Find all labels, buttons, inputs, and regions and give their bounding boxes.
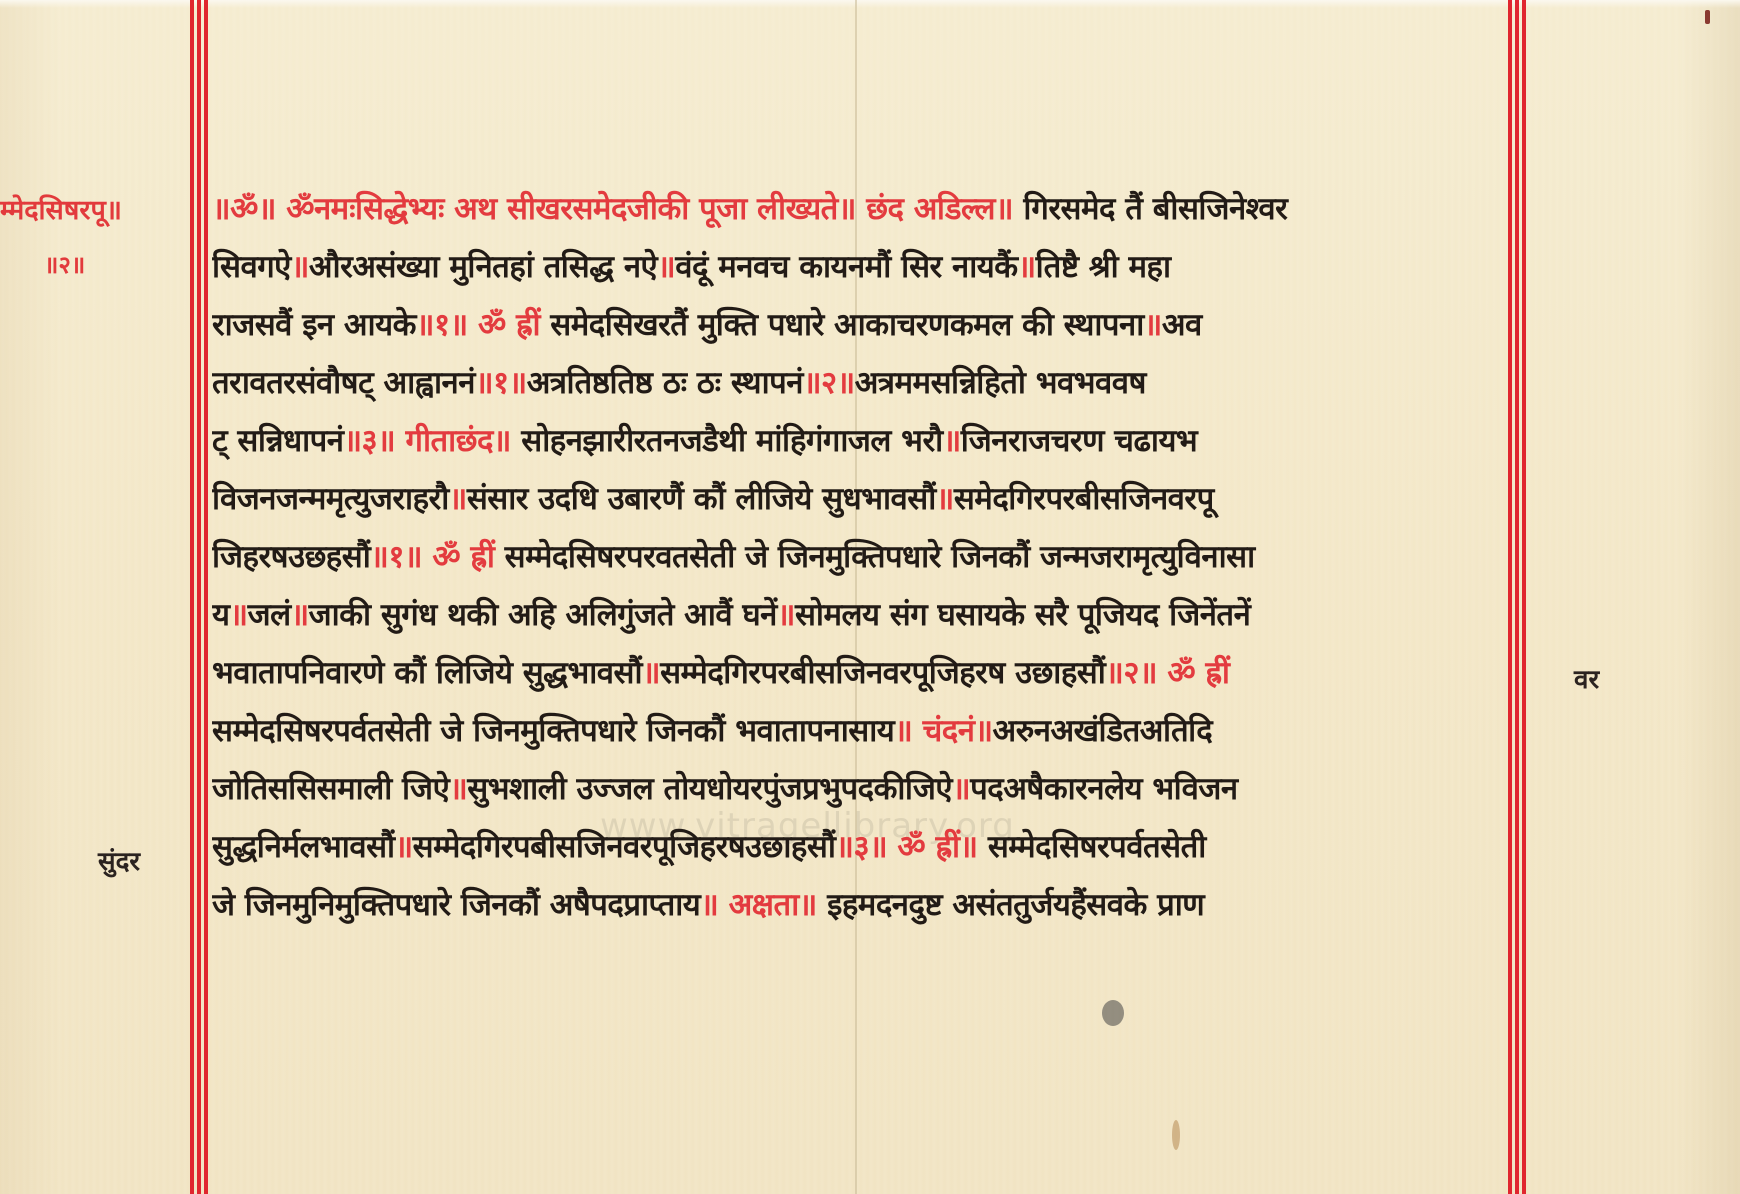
text-segment: सुभशाली उज्जल तोयधोयरपुंजप्रभुपदकीजिऐ [467,771,952,807]
text-segment: अव [1162,307,1202,343]
text-segment: अत्रतिष्ठतिष्ठ ठः ठः स्थापनं [527,365,803,401]
rubric-segment: ॥२॥ ॐ ह्रीं [1105,655,1229,691]
corner-ink-mark [1705,10,1710,24]
manuscript-line: भवातापनिवारणे कौं लिजिये सुद्धभावसौं॥सम्… [212,644,1508,702]
rubric-segment: ॥१॥ ॐ ह्रीं [416,307,550,343]
paper-stain [1172,1120,1180,1150]
text-segment: सम्मेदसिषरपर्वतसेती [988,829,1206,865]
text-segment: सिवगऐ [212,249,291,285]
rubric-segment: ॥ चंदनं॥ [894,713,992,749]
text-segment: समेदगिरपरबीसजिनवरपू [954,481,1214,517]
text-segment: जाकी सुगंध थकी अहि अलिगुंजते आवैं घनें [309,597,777,633]
manuscript-line: जिहरषउछहसौं॥१॥ ॐ ह्रीं सम्मेदसिषरपरवतसेत… [212,528,1508,586]
text-segment: ट् सन्निधापनं [212,423,343,459]
paper-top-edge [0,0,1740,8]
text-segment: सुद्धनिर्मलभावसौं [212,829,395,865]
text-segment: जे जिनमुनिमुक्तिपधारे जिनकौं अषैपदप्राप्… [212,887,700,923]
text-segment: तिष्टै श्री महा [1036,249,1171,285]
rubric-segment: ॥ [952,771,970,807]
rubric-segment: ॥३॥ गीताछंद॥ [343,423,521,459]
rubric-segment: ॥ [449,481,467,517]
text-segment: भवातापनिवारणे कौं लिजिये सुद्धभावसौं [212,655,642,691]
rubric-segment: ॥ [657,249,675,285]
rubric-segment: ॥ [449,771,467,807]
rubric-segment: ॥१॥ [475,365,527,401]
rubric-segment: ॥१॥ ॐ ह्रीं [370,539,504,575]
manuscript-line: तरावतरसंवौषट् आह्वाननं॥१॥अत्रतिष्ठतिष्ठ … [212,354,1508,412]
rubric-segment: ॥ [642,655,660,691]
text-segment: तरावतरसंवौषट् आह्वाननं [212,365,475,401]
rubric-segment: ॥ॐ॥ ॐनमःसिद्धेभ्यः अथ सीखरसमेदजीकी पूजा … [212,191,1023,227]
text-segment: सोहनझारीरतनजडैथी मांहिगंगाजल भरौ [521,423,942,459]
manuscript-line: विजनजन्ममृत्युजराहरौ॥संसार उदधि उबारणैं … [212,470,1508,528]
text-segment: सम्मेदगिरपरबीसजिनवरपूजिहरष उछाहसौं [660,655,1105,691]
rubric-segment: ॥३॥ ॐ ह्रीं॥ [835,829,987,865]
right-red-border-rule [1508,0,1530,1194]
manuscript-line: राजसवैं इन आयके॥१॥ ॐ ह्रीं समेदसिखरतैं म… [212,296,1508,354]
manuscript-line: सिवगऐ॥औरअसंख्या मुनितहां तसिद्ध नऐ॥वंदूं… [212,238,1508,296]
manuscript-line: ॥ॐ॥ ॐनमःसिद्धेभ्यः अथ सीखरसमेदजीकी पूजा … [212,180,1508,238]
margin-correction-right: वर [1574,660,1599,696]
manuscript-line: जोतिससिसमाली जिऐ॥सुभशाली उज्जल तोयधोयरपु… [212,760,1508,818]
text-segment: जोतिससिसमाली जिऐ [212,771,449,807]
rubric-segment: ॥ [291,249,309,285]
rubric-segment: ॥२॥ [803,365,855,401]
text-segment: जलं [248,597,291,633]
margin-title: म्मेदसिषरपू॥ [0,190,122,227]
text-segment: जिहरषउछहसौं [212,539,370,575]
rubric-segment: ॥ अक्षता॥ [700,887,827,923]
text-segment: पदअषैकारनलेय भविजन [970,771,1237,807]
rubric-segment: ॥ [1144,307,1162,343]
rubric-segment: ॥ [936,481,954,517]
rubric-segment: ॥ [395,829,413,865]
text-segment: अत्रममसन्निहितो भवभववष [855,365,1146,401]
text-segment: गिरसमेद तैं बीसजिनेश्वर [1023,191,1287,227]
margin-correction-left: सुंदर [98,842,140,878]
manuscript-line: य॥जलं॥जाकी सुगंध थकी अहि अलिगुंजते आवैं … [212,586,1508,644]
text-segment: अरुनअखंडितअतिदि [993,713,1213,749]
manuscript-line: जे जिनमुनिमुक्तिपधारे जिनकौं अषैपदप्राप्… [212,876,1508,934]
text-segment: जिनराजचरण चढायभ [961,423,1197,459]
text-segment: औरअसंख्या मुनितहां तसिद्ध नऐ [309,249,657,285]
text-segment: सम्मेदगिरपबीसजिनवरपूजिहरषउछाहसौं [413,829,836,865]
rubric-segment: ॥ [943,423,961,459]
margin-page-number: ॥२॥ [44,248,85,281]
manuscript-line: सुद्धनिर्मलभावसौं॥सम्मेदगिरपबीसजिनवरपूजि… [212,818,1508,876]
rubric-segment: ॥ [291,597,309,633]
text-segment: विजनजन्ममृत्युजराहरौ [212,481,449,517]
text-segment: सम्मेदसिषरपरवतसेती जे जिनमुक्तिपधारे जिन… [505,539,1255,575]
text-segment: संसार उदधि उबारणैं कौं लीजिये सुधभावसौं [467,481,936,517]
left-red-border-rule [190,0,212,1194]
text-segment: य [212,597,229,633]
manuscript-line: सम्मेदसिषरपर्वतसेती जे जिनमुक्तिपधारे जि… [212,702,1508,760]
manuscript-text-block: ॥ॐ॥ ॐनमःसिद्धेभ्यः अथ सीखरसमेदजीकी पूजा … [212,180,1508,934]
rubric-segment: ॥ [229,597,247,633]
text-segment: समेदसिखरतैं मुक्ति पधारे आकाचरणकमल की स्… [550,307,1143,343]
manuscript-page: म्मेदसिषरपू॥ ॥२॥ सुंदर वर www.vitragelli… [0,0,1740,1194]
ink-blot [1102,1000,1124,1026]
rubric-segment: ॥ [1018,249,1036,285]
text-segment: सोमलय संग घसायके सरै पूजियद जिनेंतनें [795,597,1250,633]
text-segment: इहमदनदुष्ट असंततुर्जयहैंसवके प्राण [827,887,1204,923]
text-segment: वंदूं मनवच कायनमौं सिर नायकैं [675,249,1017,285]
manuscript-line: ट् सन्निधापनं॥३॥ गीताछंद॥ सोहनझारीरतनजडै… [212,412,1508,470]
text-segment: राजसवैं इन आयके [212,307,416,343]
text-segment: सम्मेदसिषरपर्वतसेती जे जिनमुक्तिपधारे जि… [212,713,894,749]
rubric-segment: ॥ [777,597,795,633]
